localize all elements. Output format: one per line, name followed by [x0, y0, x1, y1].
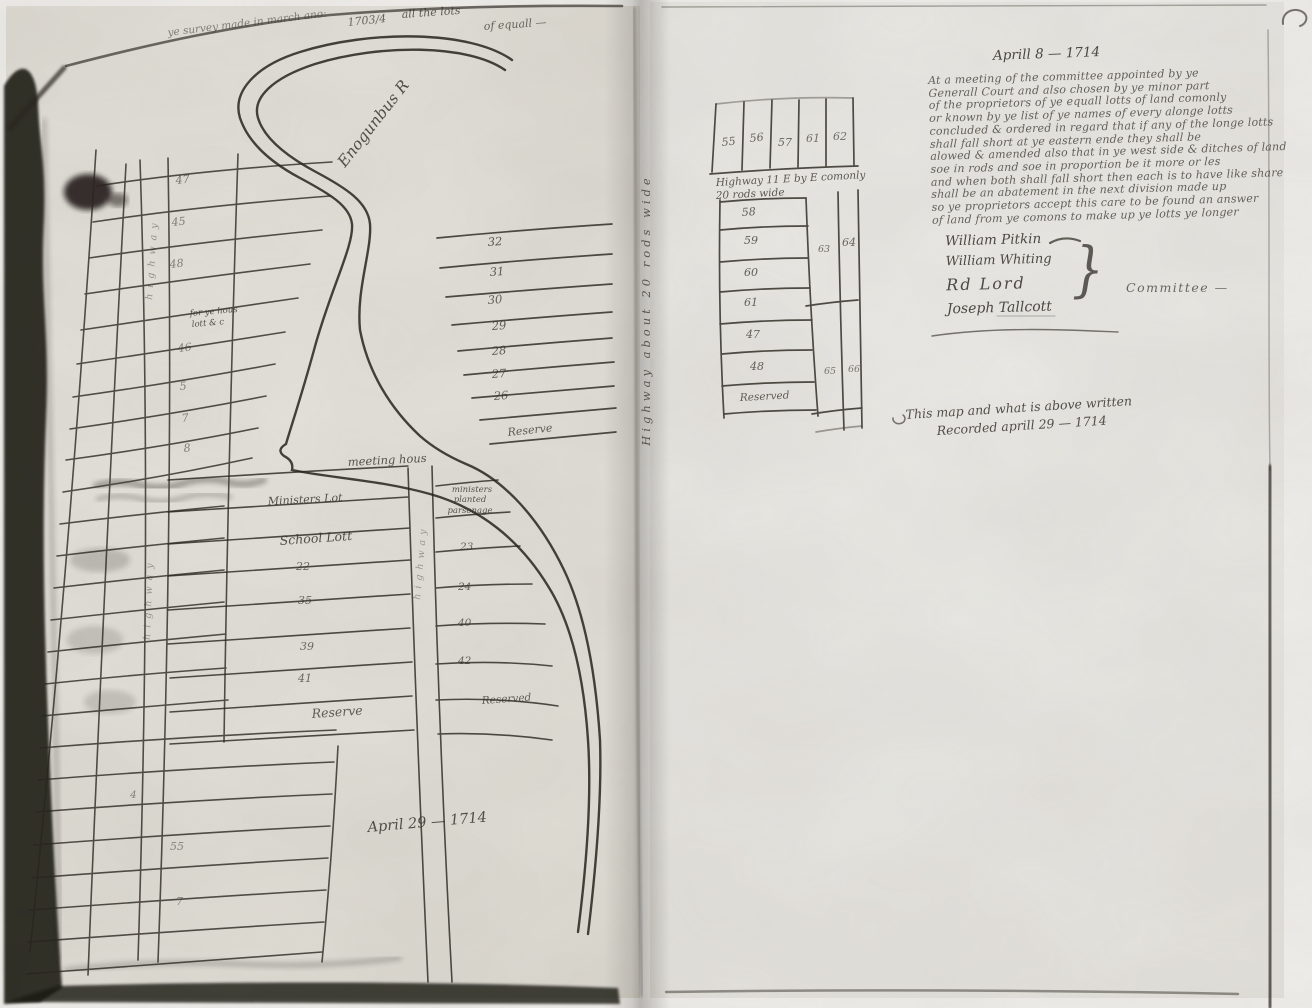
signature-pitkin: William Pitkin	[945, 231, 1051, 250]
committee-brace: }	[1072, 234, 1104, 304]
signature-list: William Pitkin William Whiting Rd Lord J…	[945, 231, 1053, 318]
minutes-paragraph: At a meeting of the committee appointed …	[928, 65, 1284, 227]
signature-tallcott: Joseph Tallcott	[947, 299, 1053, 318]
committee-label: Committee —	[1126, 280, 1229, 295]
signature-whiting: William Whiting	[945, 252, 1051, 270]
signature-lord: Rd Lord	[946, 273, 1052, 295]
scanned-manuscript-map: ye survey made in march ano: 1703/4 all …	[0, 0, 1312, 1008]
